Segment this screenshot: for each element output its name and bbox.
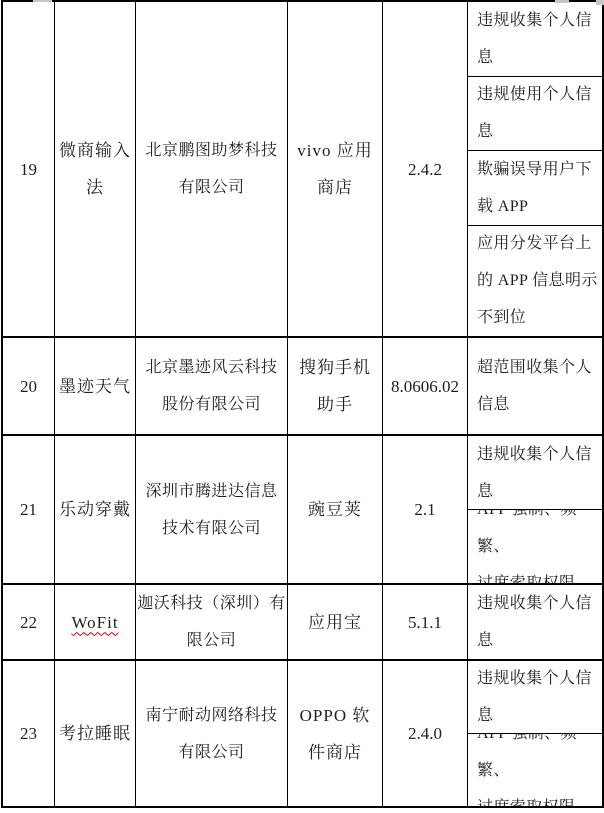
violation-item: 违规收集个人信 息	[468, 436, 602, 509]
crop-artifact	[33, 0, 52, 2]
cell-app-name: 微商输入 法	[55, 2, 136, 336]
app-name-text: 微商输入 法	[59, 132, 131, 206]
cell-company: 北京墨迹风云科技 股份有限公司	[136, 338, 288, 434]
cell-serial-number: 23	[3, 661, 55, 806]
table-row-20: 20墨迹天气北京墨迹风云科技 股份有限公司搜狗手机 助手8.0606.02超范围…	[3, 338, 602, 436]
cell-company: 北京鹏图助梦科技 有限公司	[136, 2, 288, 336]
cell-company: 南宁耐动网络科技 有限公司	[136, 661, 288, 806]
cell-violations: 违规收集个人信 息APP 强制、频繁、 过度索取权限	[468, 661, 602, 806]
cell-app-name: 墨迹天气	[55, 338, 136, 434]
cell-serial-number: 20	[3, 338, 55, 434]
violation-item: 违规使用个人信 息	[468, 76, 602, 151]
violation-item: 欺骗误导用户下 载 APP	[468, 150, 602, 225]
table-row-22: 22WoFit迦沃科技（深圳）有 限公司应用宝5.1.1违规收集个人信 息	[3, 585, 602, 661]
table-row-19: 19微商输入 法北京鹏图助梦科技 有限公司vivo 应用 商店2.4.2违规收集…	[3, 2, 602, 338]
violation-item: 违规收集个人信 息	[468, 2, 602, 76]
app-violation-table: 19微商输入 法北京鹏图助梦科技 有限公司vivo 应用 商店2.4.2违规收集…	[1, 0, 604, 808]
cell-app-store: 应用宝	[288, 585, 383, 659]
cell-version: 2.4.2	[383, 2, 468, 336]
violation-item: 超范围收集个人 信息	[468, 338, 602, 434]
cell-version: 2.4.0	[383, 661, 468, 806]
violation-item: 违规收集个人信 息	[468, 585, 602, 659]
cell-violations: 违规收集个人信 息	[468, 585, 602, 659]
cell-app-name: 乐动穿戴	[55, 436, 136, 583]
violation-item: APP 强制、频繁、 过度索取权限	[468, 509, 602, 583]
violation-item: 违规收集个人信 息	[468, 661, 602, 733]
cell-version: 8.0606.02	[383, 338, 468, 434]
cell-serial-number: 21	[3, 436, 55, 583]
cell-app-name: 考拉睡眠	[55, 661, 136, 806]
app-name-text: 考拉睡眠	[59, 715, 131, 752]
app-name-text: 墨迹天气	[59, 368, 131, 405]
cell-violations: 违规收集个人信 息违规使用个人信 息欺骗误导用户下 载 APP应用分发平台上 的…	[468, 2, 602, 336]
table-row-23: 23考拉睡眠南宁耐动网络科技 有限公司OPPO 软 件商店2.4.0违规收集个人…	[3, 661, 602, 808]
cell-app-name: WoFit	[55, 585, 136, 659]
app-name-text: 乐动穿戴	[59, 491, 131, 528]
cell-violations: 超范围收集个人 信息	[468, 338, 602, 434]
cell-company: 迦沃科技（深圳）有 限公司	[136, 585, 288, 659]
cell-app-store: vivo 应用 商店	[288, 2, 383, 336]
cell-app-store: OPPO 软 件商店	[288, 661, 383, 806]
crop-artifact	[596, 0, 604, 5]
table-row-21: 21乐动穿戴深圳市腾进达信息 技术有限公司豌豆荚2.1违规收集个人信 息APP …	[3, 436, 602, 585]
cell-serial-number: 19	[3, 2, 55, 336]
cell-app-store: 搜狗手机 助手	[288, 338, 383, 434]
cell-serial-number: 22	[3, 585, 55, 659]
cell-app-store: 豌豆荚	[288, 436, 383, 583]
cell-company: 深圳市腾进达信息 技术有限公司	[136, 436, 288, 583]
app-name-text: WoFit	[71, 604, 118, 641]
violation-item: APP 强制、频繁、 过度索取权限	[468, 733, 602, 806]
cell-violations: 违规收集个人信 息APP 强制、频繁、 过度索取权限	[468, 436, 602, 583]
cell-version: 5.1.1	[383, 585, 468, 659]
cell-version: 2.1	[383, 436, 468, 583]
violation-item: 应用分发平台上 的 APP 信息明示 不到位	[468, 225, 602, 336]
document-page: 19微商输入 法北京鹏图助梦科技 有限公司vivo 应用 商店2.4.2违规收集…	[0, 0, 604, 813]
crop-artifact	[555, 0, 569, 3]
